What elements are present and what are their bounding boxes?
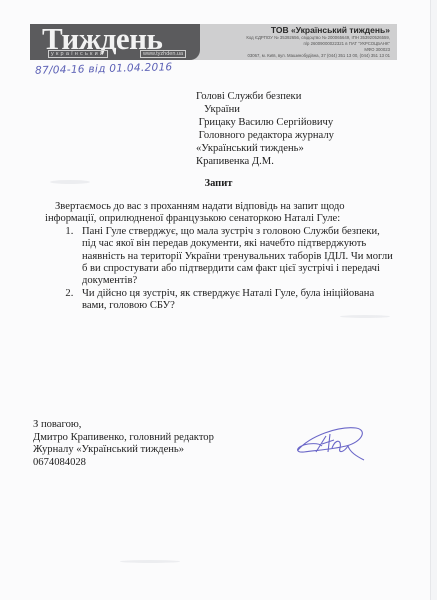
company-info: ТОВ «Український тиждень» Код ЄДРПОУ № 3… <box>200 25 390 59</box>
addressee-line: «Український тиждень» <box>196 142 334 155</box>
logo-subtitle: український <box>48 50 108 58</box>
addressee-line: України <box>196 103 334 116</box>
addressee-line: Грицаку Василю Сергійовичу <box>196 116 334 129</box>
logo: Тиждень український www.tyzhden.ua <box>30 24 200 60</box>
handwritten-registration-note: 87/04-16 від 01.04.2016 <box>35 61 173 77</box>
scan-artifact <box>120 560 180 563</box>
addressee-line: Крапивенка Д.М. <box>196 155 334 168</box>
document-page: Тиждень український www.tyzhden.ua ТОВ «… <box>0 0 431 600</box>
company-address: 03067, м. Київ, вул. Машинобудівна, 37 (… <box>200 53 390 59</box>
scan-artifact <box>50 180 90 184</box>
logo-url: www.tyzhden.ua <box>140 50 186 58</box>
closing-greeting: З повагою, <box>33 419 214 432</box>
question-item: Пані Гуле стверджує, що мала зустріч з г… <box>76 226 393 288</box>
signer-name: Дмитро Крапивенко, головний редактор <box>33 432 214 445</box>
question-item: Чи дійсно ця зустріч, як стверджує Натал… <box>76 288 393 313</box>
signer-publication: Журналу «Український тиждень» <box>33 444 214 457</box>
closing-block: З повагою, Дмитро Крапивенко, головний р… <box>33 419 214 469</box>
intro-paragraph: Звертаємось до вас з проханням надати ві… <box>45 201 393 226</box>
request-body: Звертаємось до вас з проханням надати ві… <box>58 201 393 313</box>
addressee-line: Головного редактора журналу <box>196 129 334 142</box>
scan-artifact <box>340 315 390 318</box>
signer-phone: 0674084028 <box>33 457 214 470</box>
addressee-block: Голові Служби безпеки України Грицаку Ва… <box>196 90 334 168</box>
addressee-line: Голові Служби безпеки <box>196 90 334 103</box>
question-list: Пані Гуле стверджує, що мала зустріч з г… <box>58 226 393 313</box>
signature-icon <box>290 422 370 462</box>
company-name: ТОВ «Український тиждень» <box>200 25 390 35</box>
